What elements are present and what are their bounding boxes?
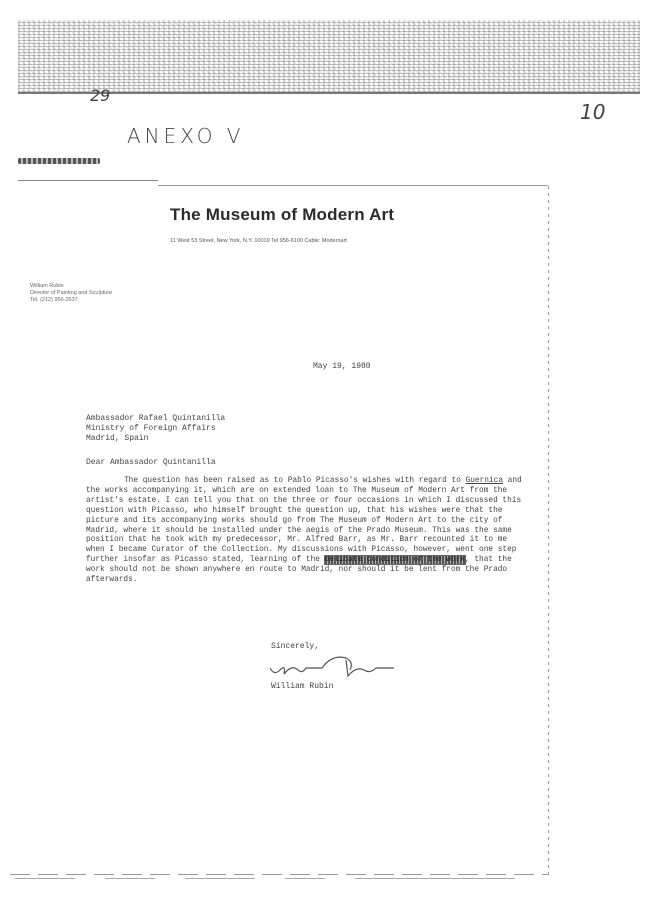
scanned-header-noise bbox=[18, 20, 640, 94]
signer-name: William Rubin bbox=[271, 682, 333, 691]
letter-body: The question has been raised as to Pablo… bbox=[86, 477, 526, 586]
sender-name: William Rubin bbox=[30, 283, 112, 290]
salutation: Dear Ambassador Quintanilla bbox=[86, 458, 216, 467]
sender-block: William Rubin Director of Painting and S… bbox=[30, 283, 112, 304]
recipient-line: Madrid, Spain bbox=[86, 434, 225, 444]
sender-phone: Tel. (212) 956-2637 bbox=[30, 297, 112, 304]
letterhead-address: 11 West 53 Street, New York, N.Y. 10019 … bbox=[170, 238, 347, 244]
letter-right-border bbox=[548, 185, 549, 875]
highlighted-phrase: delicate condition of the work bbox=[325, 556, 465, 564]
sender-position: Director of Painting and Sculpture bbox=[30, 290, 112, 297]
handwritten-page-number: 29 bbox=[90, 86, 110, 105]
letter-date: May 19, 1980 bbox=[313, 362, 371, 371]
letter-bottom-border bbox=[10, 874, 548, 875]
letter-top-border bbox=[158, 185, 548, 186]
divider-line bbox=[18, 180, 158, 181]
underlined-title: Guernica bbox=[466, 477, 503, 485]
signature bbox=[266, 654, 406, 680]
recipient-address: Ambassador Rafael Quintanilla Ministry o… bbox=[86, 414, 225, 444]
handwritten-folio-number: 10 bbox=[580, 100, 605, 124]
body-text-part: and the works accompanying it, which are… bbox=[86, 477, 522, 564]
recipient-line: Ambassador Rafael Quintanilla bbox=[86, 414, 225, 424]
footer-marks bbox=[15, 876, 545, 880]
annex-label: ANEXO V bbox=[127, 124, 244, 148]
letterhead-title: The Museum of Modern Art bbox=[170, 205, 394, 225]
stamp-mark bbox=[18, 158, 100, 164]
recipient-line: Ministry of Foreign Affairs bbox=[86, 424, 225, 434]
body-text-part: The question has been raised as to Pablo… bbox=[124, 477, 466, 485]
closing: Sincerely, bbox=[271, 642, 319, 651]
